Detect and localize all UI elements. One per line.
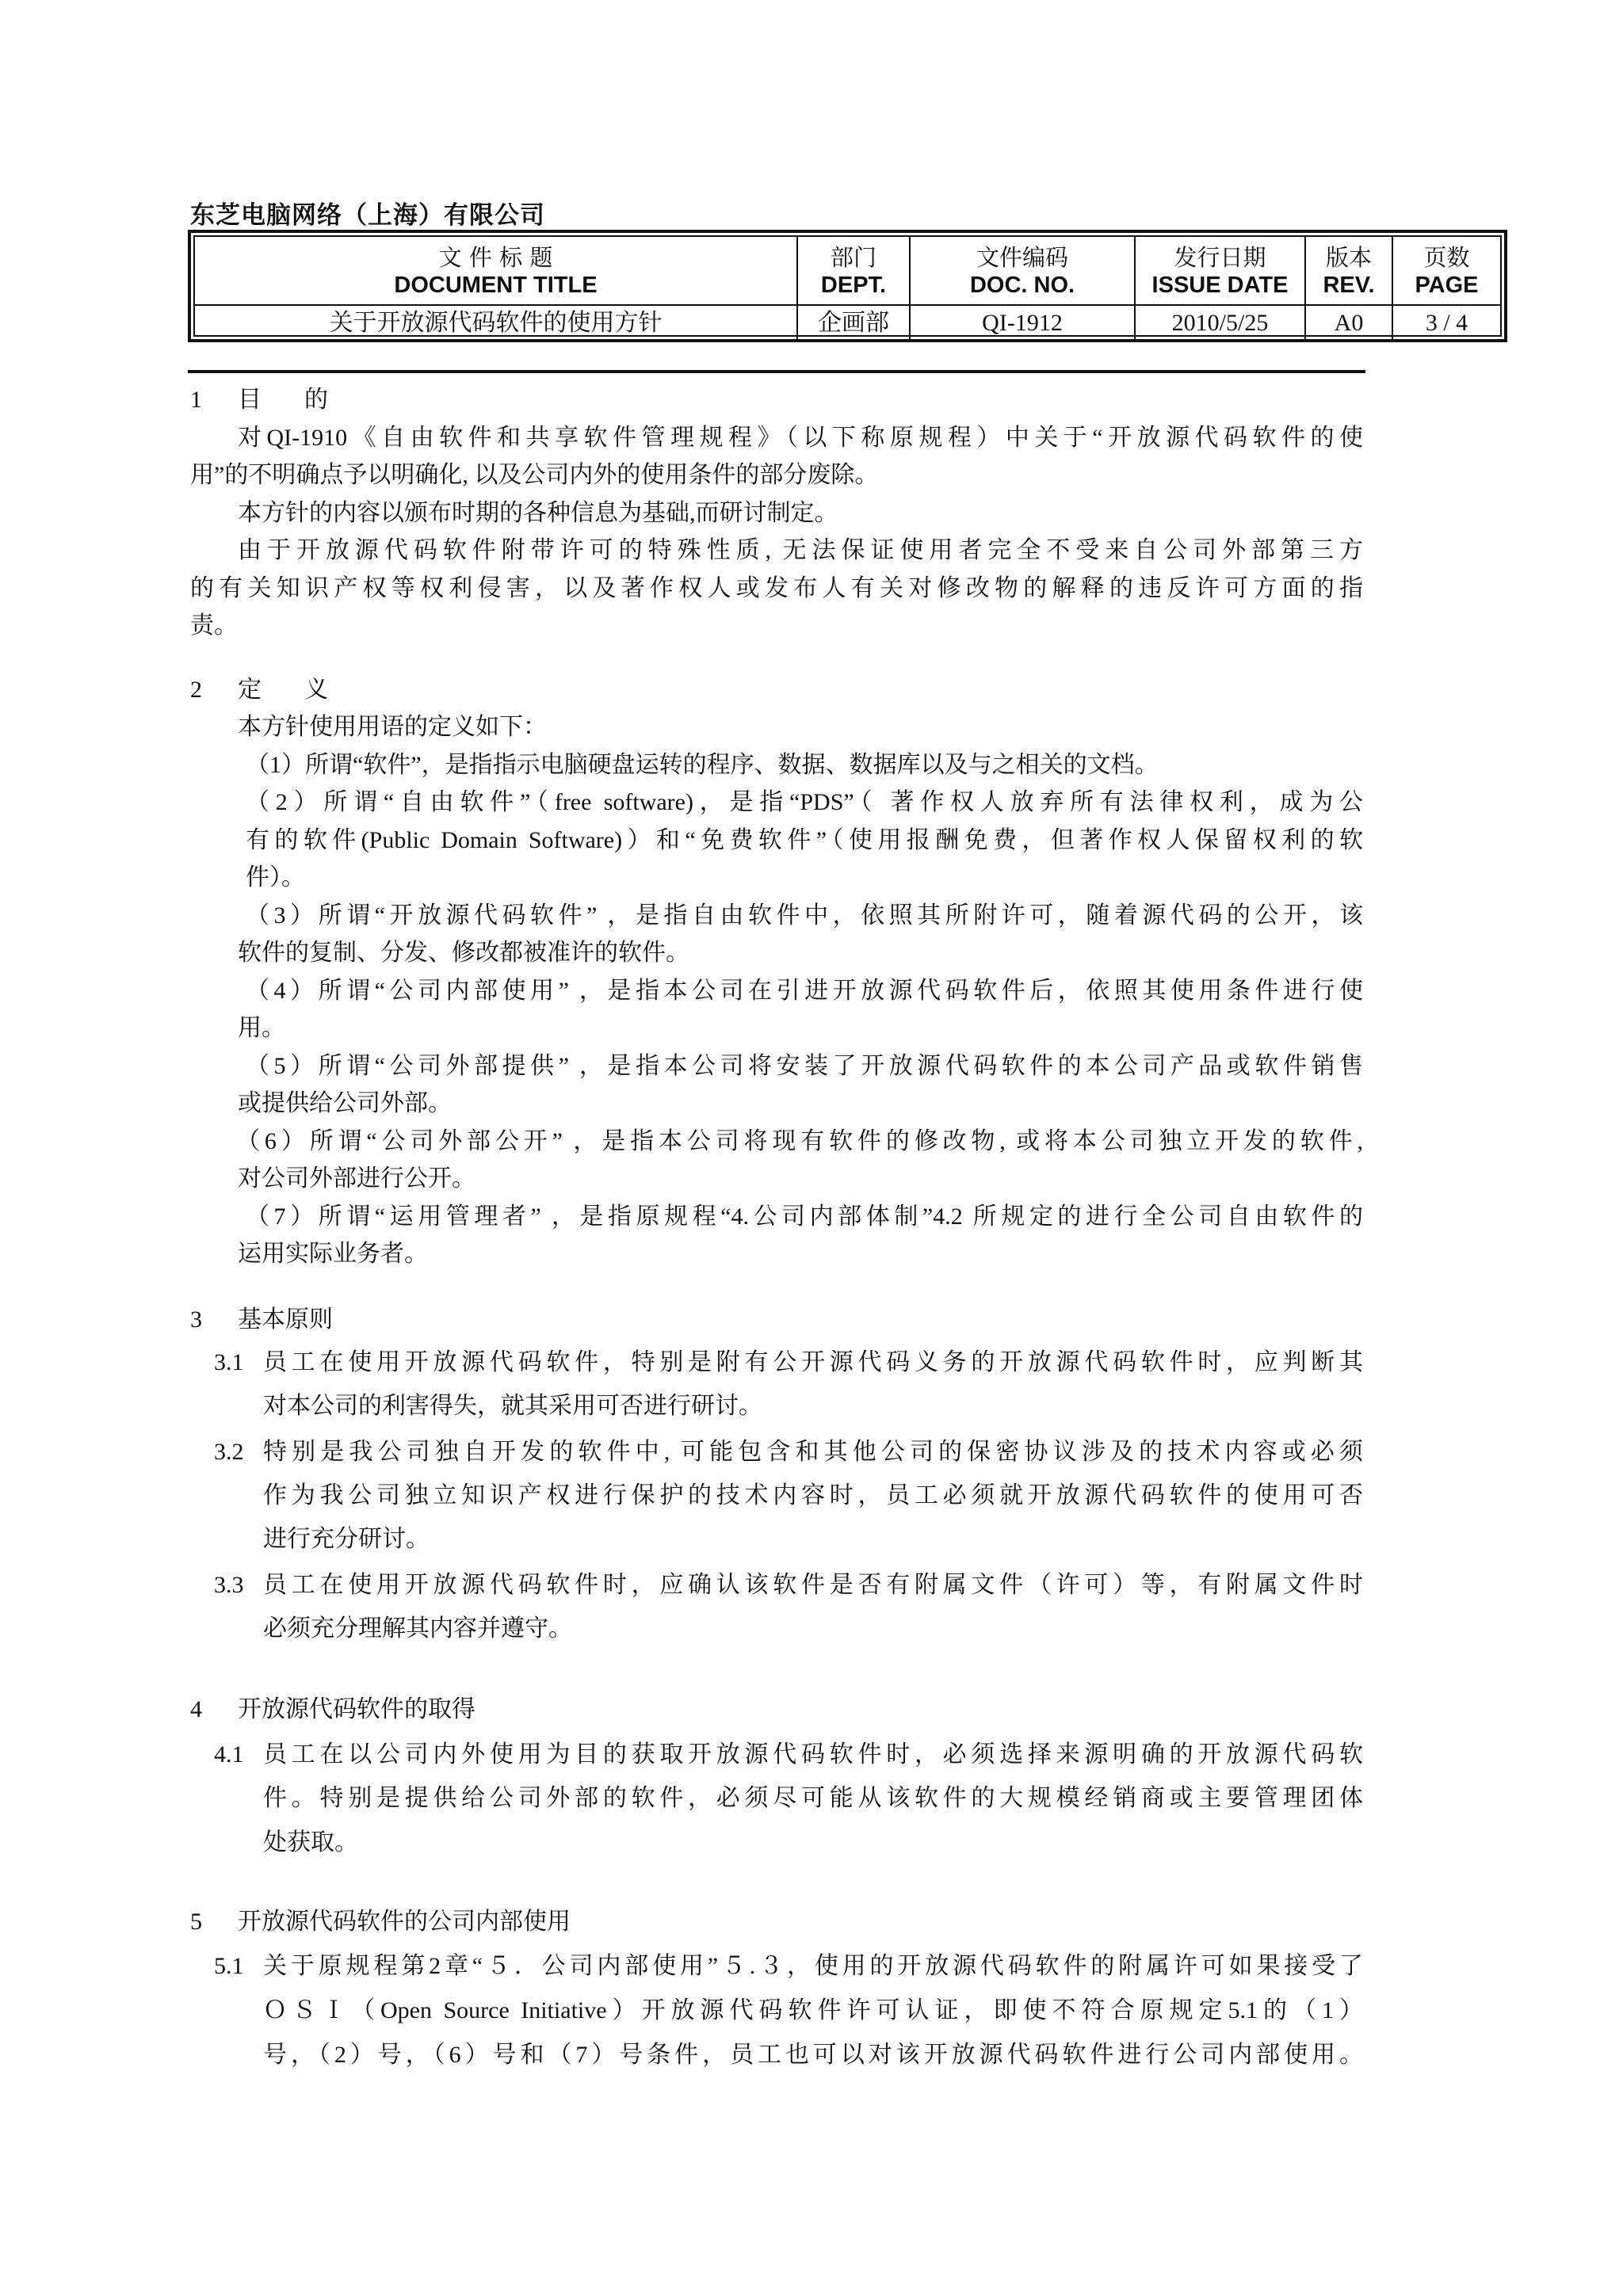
clause-number: 3.1 (214, 1348, 244, 1377)
clause-line: 件。特别是提供给公司外部的软件，必须尽可能从该软件的大规模经销商或主要管理团体 (263, 1784, 1363, 1813)
clause-line: ＯＳＩ（Open Source Initiative）开放源代码软件许可认证，即… (263, 1997, 1363, 2025)
definition-line: （3）所谓“开放源代码软件” ，是指自由软件中，依照其所附许可，随着源代码的公开… (246, 902, 1363, 930)
clause-line: 必须充分理解其内容并遵守。 (263, 1615, 572, 1643)
value-title: 关于开放源代码软件的使用方针 (195, 305, 797, 341)
header-cell-issue-date: 发行日期 ISSUE DATE (1135, 237, 1305, 305)
definition-line: 或提供给公司外部。 (238, 1089, 452, 1118)
section-number: 3 (190, 1306, 202, 1334)
section-title: 定 义 (238, 676, 338, 704)
clause-line: 员工在以公司内外使用为目的获取开放源代码软件时，必须选择来源明确的开放源代码软 (263, 1741, 1363, 1769)
section-number: 4 (190, 1695, 202, 1724)
clause-line: 特别是我公司独自开发的软件中, 可能包含和其他公司的保密协议涉及的技术内容或必须 (263, 1438, 1363, 1466)
definition-line: 运用实际业务者。 (238, 1240, 428, 1268)
clause-line: 处获取。 (263, 1829, 358, 1857)
paragraph-line: 对QI-1910《自由软件和共享软件管理规程》（以下称原规程）中关于“开放源代码… (238, 424, 1363, 452)
definition-line: 对公司外部进行公开。 (238, 1165, 475, 1193)
value-rev: A0 (1305, 305, 1392, 341)
value-issue-date: 2010/5/25 (1135, 305, 1305, 341)
clause-number: 4.1 (214, 1741, 244, 1769)
paragraph-line: 用”的不明确点予以明确化, 以及公司内外的使用条件的部分废除。 (190, 461, 878, 490)
value-doc-no: QI-1912 (910, 305, 1135, 341)
document-header-table: 文 件 标 题 DOCUMENT TITLE 部门 DEPT. 文件编码 DOC… (188, 230, 1507, 342)
definition-line: （6）所谓“公司外部公开” ，是指本公司将现有软件的修改物, 或将本公司独立开发… (236, 1127, 1363, 1156)
definition-line: （4）所谓“公司内部使用” ，是指本公司在引进开放源代码软件后，依照其使用条件进… (246, 977, 1363, 1005)
section-title: 开放源代码软件的公司内部使用 (238, 1908, 571, 1936)
definition-line: （7）所谓“运用管理者” ，是指原规程“4.公司内部体制”4.2 所规定的进行全… (246, 1203, 1363, 1231)
clause-number: 5.1 (214, 1952, 244, 1981)
definition-line: （2）所谓“自由软件”（free software)，是指“PDS”（ 著作权人… (246, 788, 1363, 817)
value-dept: 企画部 (797, 305, 910, 341)
paragraph-line: 本方针的内容以颁布时期的各种信息为基础,而研讨制定。 (238, 499, 838, 528)
company-name: 东芝电脑网络（上海）有限公司 (190, 195, 545, 231)
header-divider-rule (188, 370, 1365, 373)
section-title: 目 的 (238, 386, 338, 414)
section-title: 开放源代码软件的取得 (238, 1695, 475, 1724)
section-number: 2 (190, 676, 202, 704)
clause-number: 3.2 (214, 1438, 244, 1466)
definition-line: 软件的复制、分发、修改都被准许的软件。 (238, 939, 689, 967)
clause-line: 作为我公司独立知识产权进行保护的技术内容时，员工必须就开放源代码软件的使用可否 (263, 1482, 1363, 1510)
section-number: 1 (190, 386, 202, 414)
paragraph-line: 本方针使用用语的定义如下： (238, 713, 547, 742)
header-cell-doc-no: 文件编码 DOC. NO. (910, 237, 1135, 305)
clause-line: 员工在使用开放源代码软件，特别是附有公开源代码义务的开放源代码软件时，应判断其 (263, 1348, 1363, 1377)
definition-line: （5）所谓“公司外部提供” ，是指本公司将安装了开放源代码软件的本公司产品或软件… (246, 1052, 1363, 1081)
header-cell-dept: 部门 DEPT. (797, 237, 910, 305)
value-page: 3 / 4 (1392, 305, 1500, 341)
definition-line: 用。 (238, 1014, 285, 1043)
definition-line: 有的软件(Public Domain Software)）和“免费软件”（使用报… (246, 826, 1363, 855)
clause-line: 号，（2）号，（6）号和（7）号条件，员工也可以对该开放源代码软件进行公司内部使… (263, 2041, 1363, 2069)
paragraph-line: 的有关知识产权等权利侵害，以及著作权人或发布人有关对修改物的解释的违反许可方面的… (190, 574, 1363, 603)
definition-line: （1）所谓“软件”，是指指示电脑硬盘运转的程序、数据、数据库以及与之相关的文档。 (246, 751, 1159, 780)
clause-line: 进行充分研讨。 (263, 1525, 430, 1554)
header-cell-title: 文 件 标 题 DOCUMENT TITLE (195, 237, 797, 305)
section-number: 5 (190, 1908, 202, 1936)
paragraph-line: 责。 (190, 612, 238, 640)
section-title: 基本原则 (238, 1306, 333, 1334)
clause-line: 对本公司的利害得失，就其采用可否进行研讨。 (263, 1392, 762, 1421)
header-cell-page: 页数 PAGE (1392, 237, 1500, 305)
clause-line: 员工在使用开放源代码软件时，应确认该软件是否有附属文件（许可）等，有附属文件时 (263, 1571, 1363, 1600)
definition-line: 件）。 (246, 864, 305, 892)
header-cell-rev: 版本 REV. (1305, 237, 1392, 305)
clause-line: 关于原规程第2章“５．公司内部使用”５.３，使用的开放源代码软件的附属许可如果接… (263, 1952, 1363, 1981)
clause-number: 3.3 (214, 1571, 244, 1600)
paragraph-line: 由于开放源代码软件附带许可的特殊性质, 无法保证使用者完全不受来自公司外部第三方 (238, 536, 1363, 565)
